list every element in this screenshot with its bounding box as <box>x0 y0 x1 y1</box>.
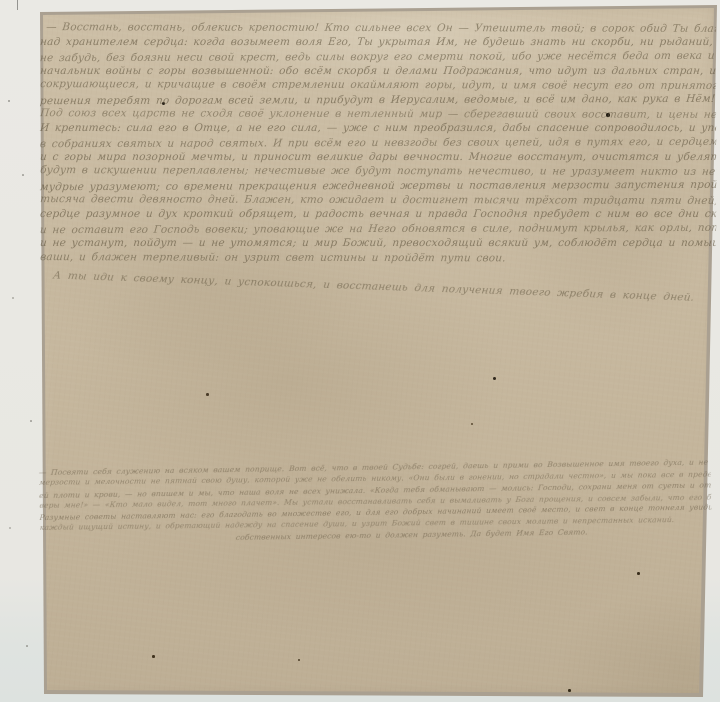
ink-speck <box>568 689 571 692</box>
ink-speck <box>493 377 496 380</box>
handwriting-line: и с горы мира позорной мечты, и приносит… <box>39 150 716 164</box>
scanned-manuscript-page: — Восстань, восстань, облекись крепостию… <box>0 0 720 702</box>
ink-speck <box>637 572 640 575</box>
handwriting-line: — Восстань, восстань, облекись крепостию… <box>39 20 716 36</box>
ink-speck <box>298 659 300 661</box>
handwriting-line: над хранителем сердца: когда возымеет во… <box>39 35 716 49</box>
dust-speck <box>22 174 24 176</box>
dust-speck <box>12 297 14 299</box>
dust-speck <box>9 527 11 529</box>
footnote-handwriting-block: — Посвяти себя служению на всяком вашем … <box>39 456 712 546</box>
handwriting-line: тысяча двести девяносто дней. Блажен, кт… <box>39 192 716 208</box>
ink-speck <box>471 423 473 425</box>
handwriting-line: ваши, и блажен терпеливый: он узрит свет… <box>39 250 716 266</box>
handwriting-line: Под союз всех царств не сходя своё уклон… <box>39 106 716 122</box>
handwriting-line: и не оставит его Господь вовеки; уповающ… <box>39 221 716 238</box>
handwriting-line: и не устанут, пойдут — и не утомятся; и … <box>39 236 716 250</box>
ink-speck <box>152 655 155 658</box>
handwriting-line: сердце разумное и дух кроткий обрящет, и… <box>39 207 716 221</box>
scanner-streak-line <box>17 0 18 10</box>
handwriting-line: И крепитесь: сила его в Отце, а не его с… <box>39 121 716 135</box>
handwriting-line: в собраниях святых и народ святых. И при… <box>39 135 716 152</box>
main-handwriting-block: — Восстань, восстань, облекись крепостию… <box>40 21 716 265</box>
dust-speck <box>30 420 32 422</box>
ink-speck <box>206 393 209 396</box>
dust-speck <box>26 645 28 647</box>
handwriting-line: начальник войны с горы возвышенной: обо … <box>39 64 716 78</box>
handwriting-line: не забудь, без боязни неси свой крест, в… <box>39 49 716 66</box>
dust-speck <box>8 100 10 102</box>
